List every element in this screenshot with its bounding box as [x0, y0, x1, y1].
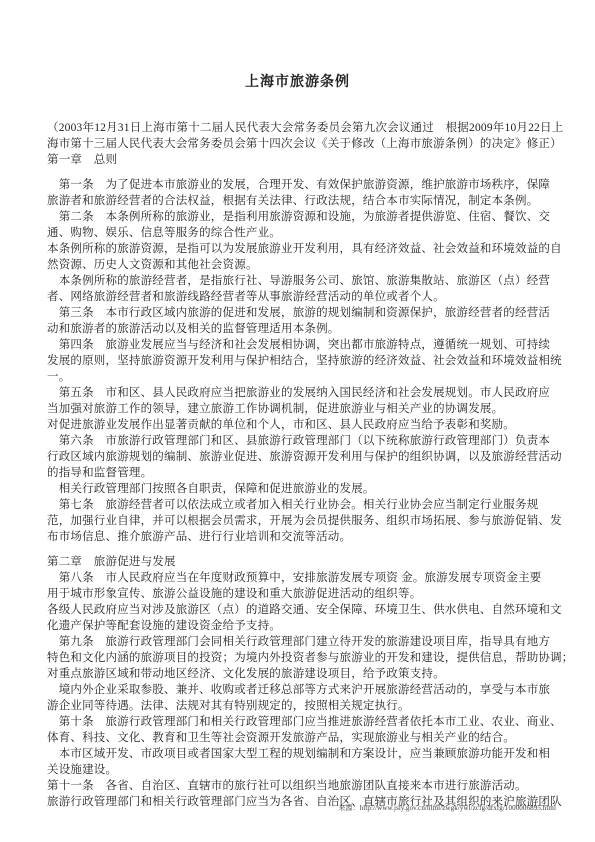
text-line: 一。	[47, 369, 555, 385]
text-line: 境内外企业采取参股、兼并、收购或者迁移总部等方式来沪开展旅游经营活动的，享受与本…	[47, 682, 555, 698]
text-line: 游企业同等待遇。法律、法规对其有特别规定的，按照相关规定执行。	[47, 698, 555, 714]
text-line: 第九条 旅游行政管理部门会同相关行政管理部门建立待开发的旅游建设项目库，指导具有…	[47, 634, 555, 650]
preamble-line: 海市第十三届人民代表大会常务委员会第十四次会议《关于修改（上海市旅游条例）的决定…	[47, 136, 555, 152]
text-line: 本市区域开发、市政项目或者国家大型工程的规划编制和方案设计，应当兼顾旅游功能开发…	[47, 746, 555, 762]
text-line: 第五条 市和区、县人民政府应当把旅游业的发展纳入国民经济和社会发展规划。市人民政…	[47, 385, 555, 401]
source-url: http://www.jsly.gov.cn/html/zwgk/ywl/zcf…	[360, 804, 556, 812]
document-page: 上海市旅游条例 （2003年12月31日上海市第十二届人民代表大会常务委员会第九…	[0, 0, 595, 842]
chapter-heading: 第二章 旅游促进与发展	[47, 554, 555, 570]
text-line: 第三条 本市行政区域内旅游的促进和发展，旅游的规划编制和资源保护，旅游经营者的经…	[47, 305, 555, 321]
text-line: 行政区域内旅游规划的编制、旅游业促进、旅游资源开发利用与保护的组织协调，以及旅游…	[47, 449, 555, 465]
text-line: 发展的原则，坚持旅游资源开发利用与保护相结合，坚持旅游的经济效益、社会效益和环境…	[47, 353, 555, 369]
chapter-heading: 第一章 总则	[47, 152, 555, 168]
text-line: 然资源、历史人文资源和其他社会资源。	[47, 257, 555, 273]
source-line: 来源：http://www.jsly.gov.cn/html/zwgk/ywl/…	[338, 803, 556, 813]
text-line: 第一条 为了促进本市旅游业的发展，合理开发、有效保护旅游资源，维护旅游市场秩序，…	[47, 177, 555, 193]
text-line: 动和旅游者的旅游活动以及相关的监督管理适用本条例。	[47, 321, 555, 337]
text-line: 第七条 旅游经营者可以依法成立或者加入相关行业协会。相关行业协会应当制定行业服务…	[47, 497, 555, 513]
text-line: 用于城市形象宣传、旅游公益设施的建设和重大旅游促进活动的组织等。	[47, 586, 555, 602]
document-title: 上海市旅游条例	[0, 0, 595, 91]
text-line: 对促进旅游业发展作出显著贡献的单位和个人，市和区、县人民政府应当给予表彰和奖励。	[47, 417, 555, 433]
text-line: 相关行政管理部门按照各自职责，保障和促进旅游业的发展。	[47, 481, 555, 497]
text-line: 第八条 市人民政府应当在年度财政预算中，安排旅游发展专项资 金。旅游发展专项资金…	[47, 570, 555, 586]
text-line: 本条例所称的旅游经营者，是指旅行社、导游服务公司、旅馆、旅游集散站、旅游区（点）…	[47, 273, 555, 289]
text-line: 第六条 市旅游行政管理部门和区、县旅游行政管理部门（以下统称旅游行政管理部门）负…	[47, 433, 555, 449]
text-line: 第十条 旅游行政管理部门和相关行政管理部门应当推进旅游经营者依托本市工业、农业、…	[47, 714, 555, 730]
text-line: 当加强对旅游工作的领导，建立旅游工作协调机制，促进旅游业与相关产业的协调发展。	[47, 401, 555, 417]
text-line: 对重点旅游区域和带动地区经济、文化发展的旅游建设项目，给予政策支持。	[47, 666, 555, 682]
text-line: 范，加强行业自律，并可以根据会员需求，开展为会员提供服务、组织市场拓展、参与旅游…	[47, 513, 555, 529]
source-label: 来源：	[338, 804, 359, 812]
document-body: （2003年12月31日上海市第十二届人民代表大会常务委员会第九次会议通过 根据…	[0, 120, 595, 810]
text-line: 第二条 本条例所称的旅游业，是指利用旅游资源和设施，为旅游者提供游览、住宿、餐饮…	[47, 209, 555, 225]
preamble-line: （2003年12月31日上海市第十二届人民代表大会常务委员会第九次会议通过 根据…	[47, 120, 555, 136]
text-line: 的指导和监督管理。	[47, 465, 555, 481]
text-line: 旅游者和旅游经营者的合法权益，根据有关法律、行政法规，结合本市实际情况，制定本条…	[47, 193, 555, 209]
text-line: 特色和文化内涵的旅游项目的投资；为境内外投资者参与旅游业的开发和建设，提供信息，…	[47, 650, 555, 666]
text-line: 布市场信息、推介旅游产品、进行行业培训和交流等活动。	[47, 529, 555, 545]
text-line: 本条例所称的旅游资源，是指可以为发展旅游业开发利用，具有经济效益、社会效益和环境…	[47, 241, 555, 257]
text-line: 第十一条 各省、自治区、直辖市的旅行社可以组织当地旅游团队直接来本市进行旅游活动…	[47, 778, 555, 794]
text-line: 关设施建设。	[47, 762, 555, 778]
text-line: 第四条 旅游业发展应当与经济和社会发展相协调，突出都市旅游特点，遵循统一规划、可…	[47, 337, 555, 353]
text-line: 体育、科技、文化、教育和卫生等社会资源开发旅游产品，实现旅游业与相关产业的结合。	[47, 730, 555, 746]
text-line: 者、网络旅游经营者和旅游线路经营者等从事旅游经营活动的单位或者个人。	[47, 289, 555, 305]
text-line: 化遗产保护等配套设施的建设资金给予支持。	[47, 618, 555, 634]
text-line: 通、购物、娱乐、信息等服务的综合性产业。	[47, 225, 555, 241]
text-line: 各级人民政府应当对涉及旅游区（点）的道路交通、安全保障、环境卫生、供水供电、自然…	[47, 602, 555, 618]
